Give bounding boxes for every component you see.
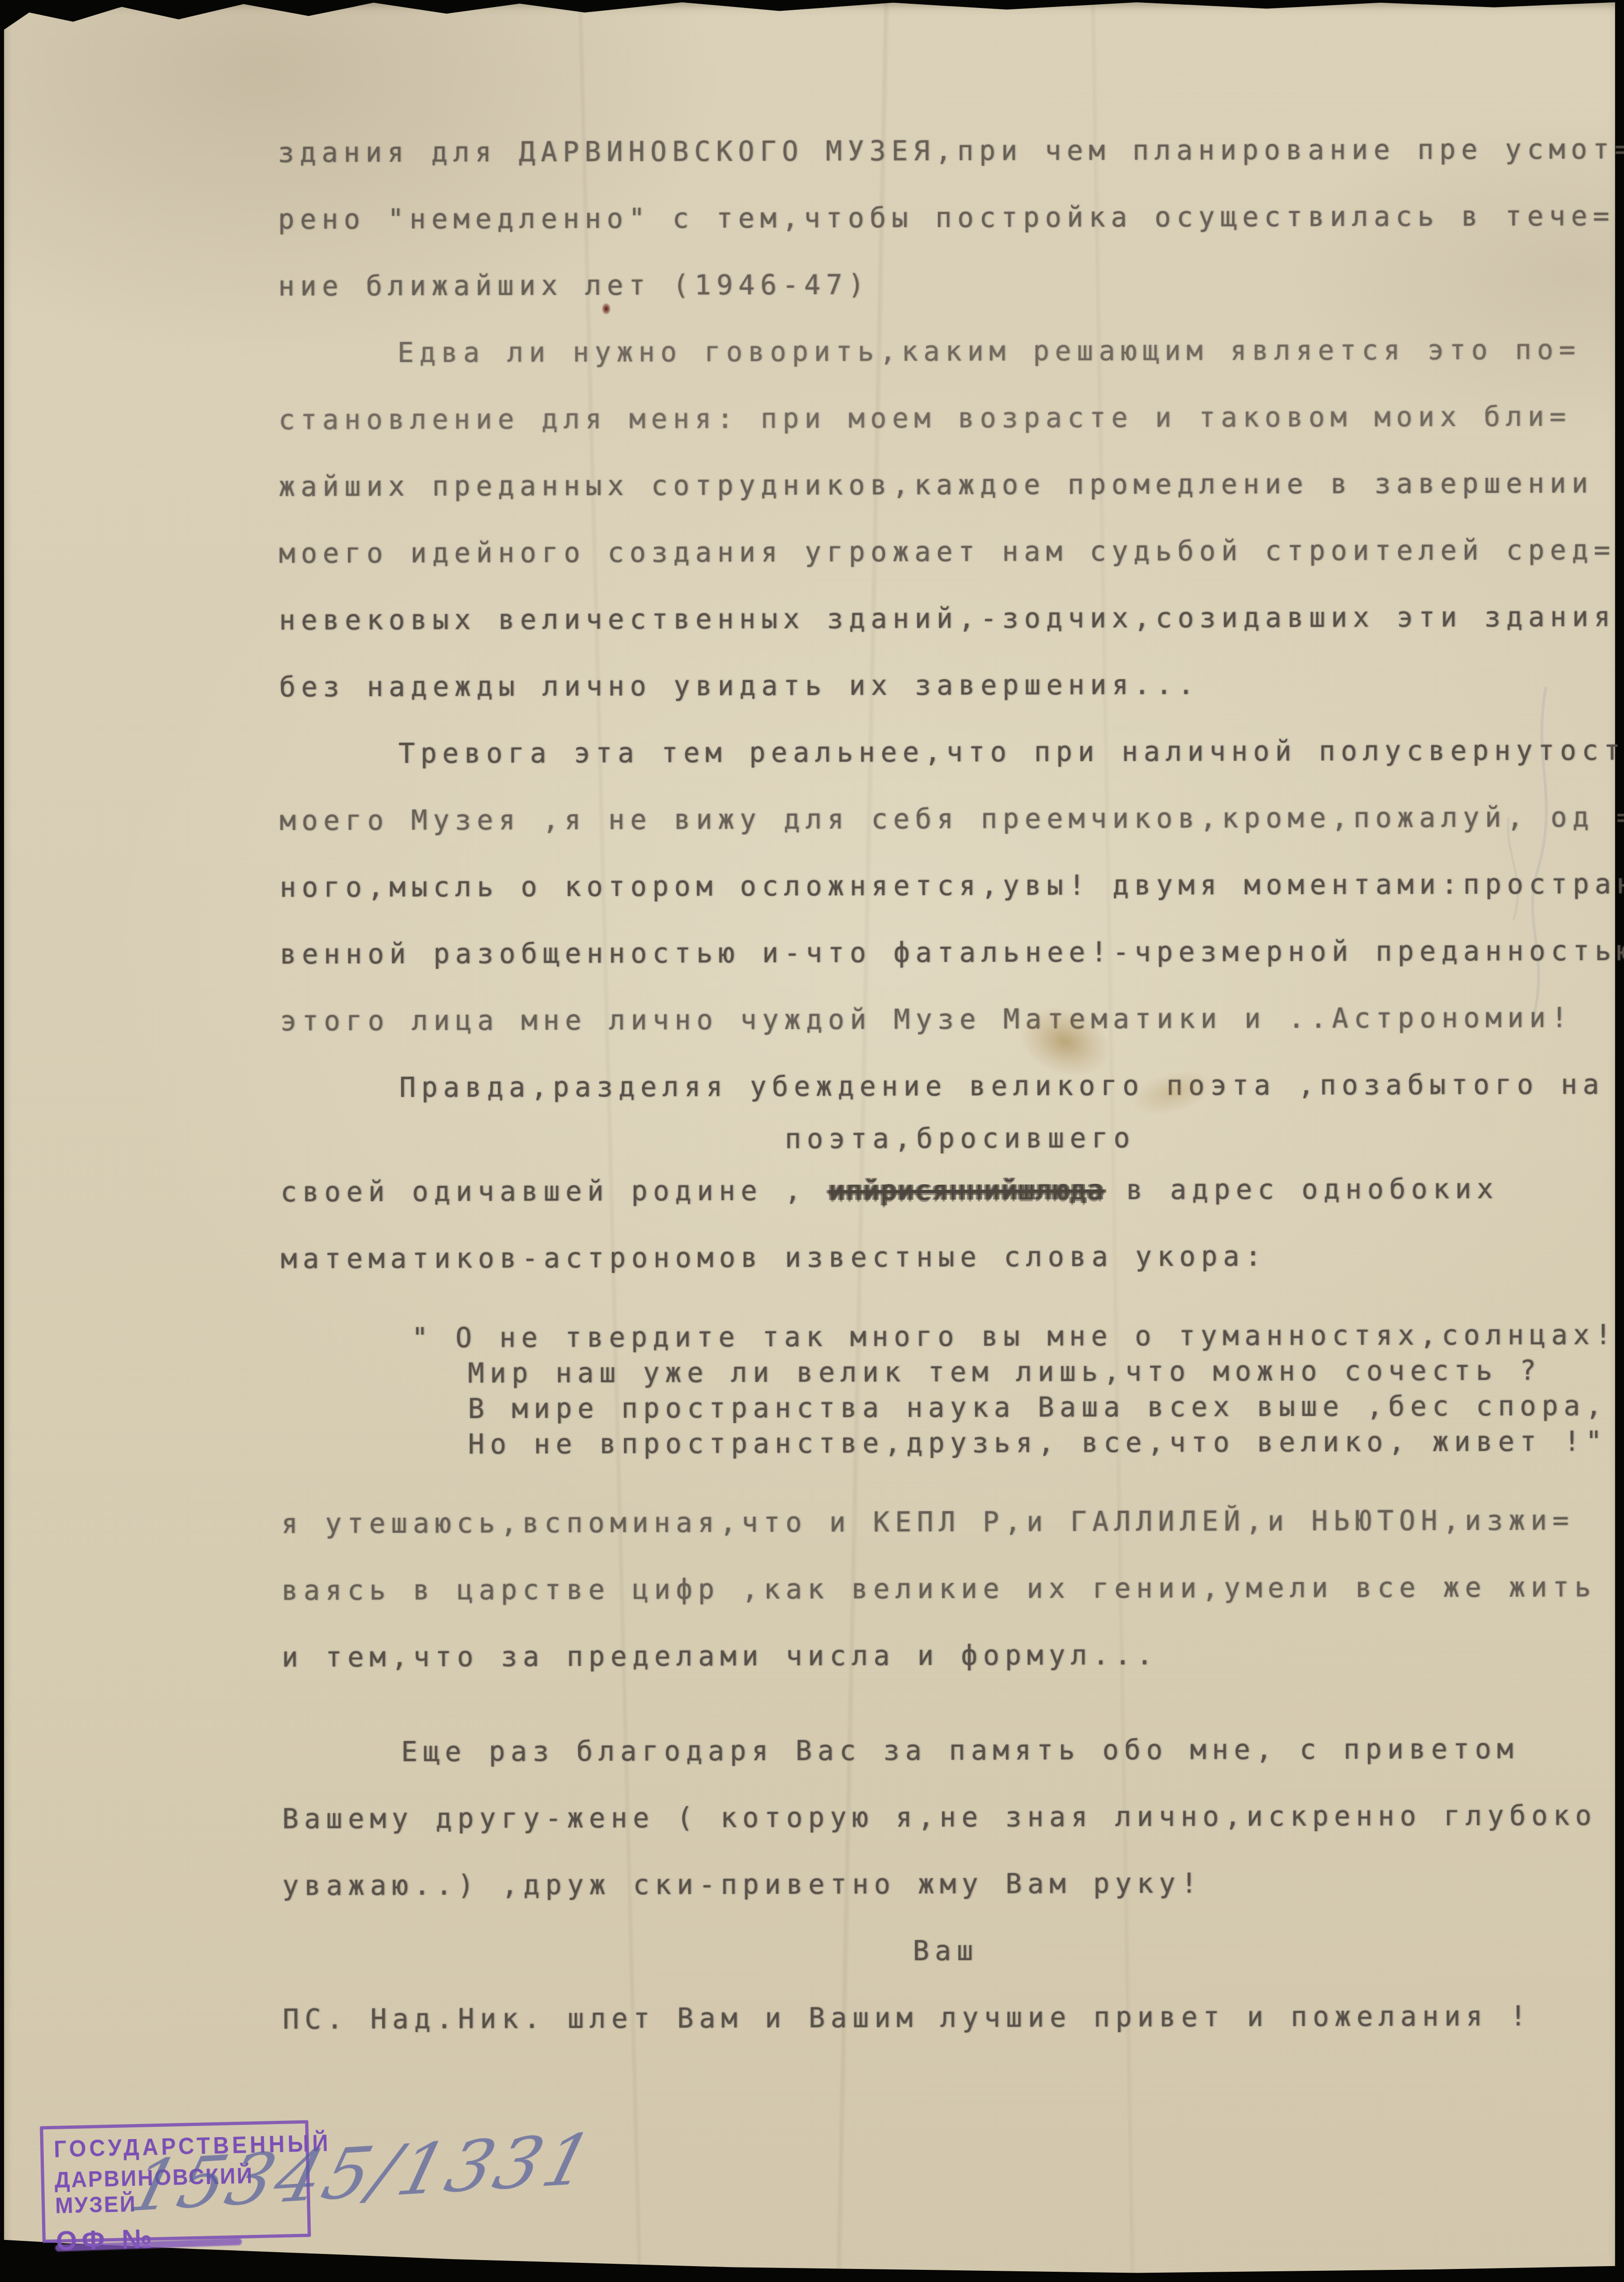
text-line: Правда,разделяя убеждение великого поэта… [280, 1051, 1607, 1121]
text-line: рено "немедленно" с тем,чтобы постройка … [278, 183, 1604, 253]
text-line: Еще раз благодаря Вас за память обо мне,… [282, 1715, 1609, 1785]
text-line: моего идейного создания угрожает нам суд… [279, 517, 1605, 587]
quote-line: Мир наш уже ли велик тем лишь,что можно … [468, 1352, 1608, 1391]
text-line: здания для ДАРВИНОВСКОГО МУЗЕЯ,при чем п… [278, 116, 1604, 186]
typewritten-text: здания для ДАРВИНОВСКОГО МУЗЕЯ,при чем п… [278, 116, 1610, 2053]
postscript-line: ПС. Над.Ник. шлет Вам и Вашим лучшие при… [283, 1983, 1609, 2053]
stamp-text: ОФ № [56, 2220, 303, 2257]
inserted-correction-text: поэта,бросившего [785, 1119, 1135, 1158]
text-segment: в адрес однобоких [1104, 1173, 1499, 1206]
faint-pencil-scribble [1392, 677, 1588, 1032]
text-line: жайших преданных сотрудников,каждое пром… [278, 450, 1605, 520]
text-line: ние ближайших лет (1946-47) [278, 249, 1604, 320]
text-line-with-strikeout: своей одичавшей родине , ипйрисяннийшлюд… [280, 1155, 1607, 1225]
text-segment: своей одичавшей родине , [281, 1175, 829, 1208]
quote-line: Но не впространстве,друзья, все,что вели… [468, 1423, 1608, 1462]
text-line: математиков-астрономов известные слова у… [281, 1222, 1607, 1292]
text-line: ваясь в царстве цифр ,как великие их ген… [282, 1554, 1608, 1624]
quote-line: В мире пространства наука Ваша всех выше… [468, 1388, 1608, 1426]
struck-out-text: ипйрисяннийшлюда [828, 1174, 1104, 1207]
verse-quote-block: " О не твердите так много вы мне о туман… [468, 1317, 1608, 1462]
text-line: становление для меня: при моем возрасте … [278, 383, 1605, 453]
text-line: невековых величественных зданий,-зодчих,… [279, 583, 1605, 654]
text-line: Едва ли нужно говорить,каким решающим яв… [278, 316, 1605, 386]
interline-insertion-row: поэта,бросившего [280, 1118, 1607, 1159]
text-line: уважаю..) ,друж ски-приветно жму Вам рук… [282, 1849, 1609, 1919]
text-line: Вашему другу-жене ( которую я,не зная ли… [282, 1782, 1609, 1852]
signature-line: Ваш [283, 1916, 1609, 1986]
quote-line: " О не твердите так много вы мне о туман… [411, 1317, 1607, 1356]
scanned-letter-page: здания для ДАРВИНОВСКОГО МУЗЕЯ,при чем п… [0, 0, 1624, 2282]
text-line: и тем,что за пределами числа и формул... [282, 1621, 1608, 1691]
text-line: я утешаюсь,вспоминая,что и КЕПЛ Р,и ГАЛЛ… [281, 1487, 1608, 1557]
